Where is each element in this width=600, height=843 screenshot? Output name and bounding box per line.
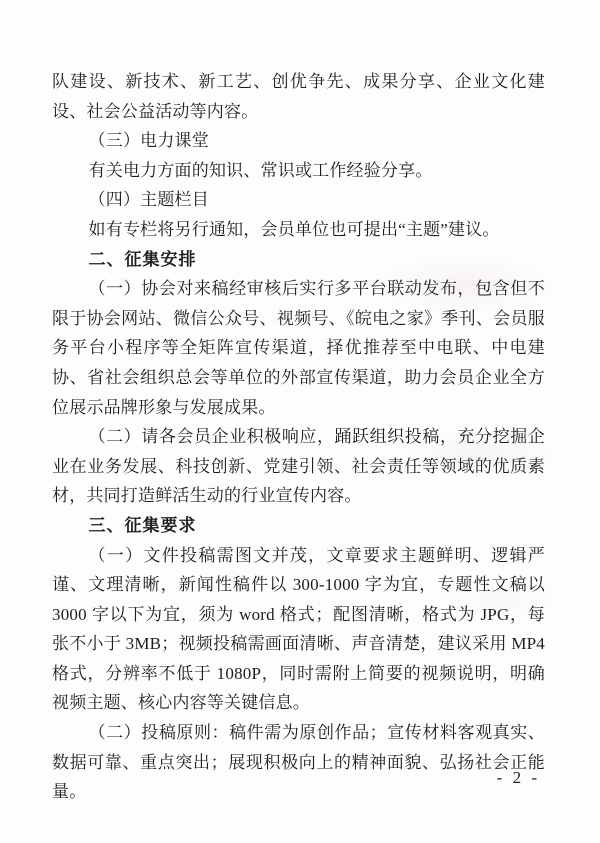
section-3-item-2: （二）投稿原则：稿件需为原创作品；宣传材料客观真实、数据可靠、重点突出；展现积极… bbox=[52, 718, 545, 807]
subsection-3-body: 有关电力方面的知识、常识或工作经验分享。 bbox=[52, 156, 545, 186]
page-number: - 2 - bbox=[497, 768, 540, 788]
section-2-item-1: （一）协会对来稿经审核后实行多平台联动发布，包含但不限于协会网站、微信公众号、视… bbox=[52, 274, 545, 422]
subsection-4-body: 如有专栏将另行通知，会员单位也可提出“主题”建议。 bbox=[52, 215, 545, 245]
subsection-3-title: （三）电力课堂 bbox=[52, 126, 545, 156]
subsection-4-title: （四）主题栏目 bbox=[52, 185, 545, 215]
document-page: 队建设、新技术、新工艺、创优争先、成果分享、企业文化建设、社会公益活动等内容。 … bbox=[0, 0, 600, 843]
section-2-heading: 二、征集安排 bbox=[52, 245, 545, 275]
section-3-item-1: （一）文件投稿需图文并茂，文章要求主题鲜明、逻辑严谨、文理清晰，新闻性稿件以 3… bbox=[52, 541, 545, 719]
section-3-heading: 三、征集要求 bbox=[52, 511, 545, 541]
continuation-paragraph: 队建设、新技术、新工艺、创优争先、成果分享、企业文化建设、社会公益活动等内容。 bbox=[52, 67, 545, 126]
document-body: 队建设、新技术、新工艺、创优争先、成果分享、企业文化建设、社会公益活动等内容。 … bbox=[52, 67, 545, 807]
section-2-item-2: （二）请各会员企业积极响应，踊跃组织投稿，充分挖掘企业在业务发展、科技创新、党建… bbox=[52, 422, 545, 511]
